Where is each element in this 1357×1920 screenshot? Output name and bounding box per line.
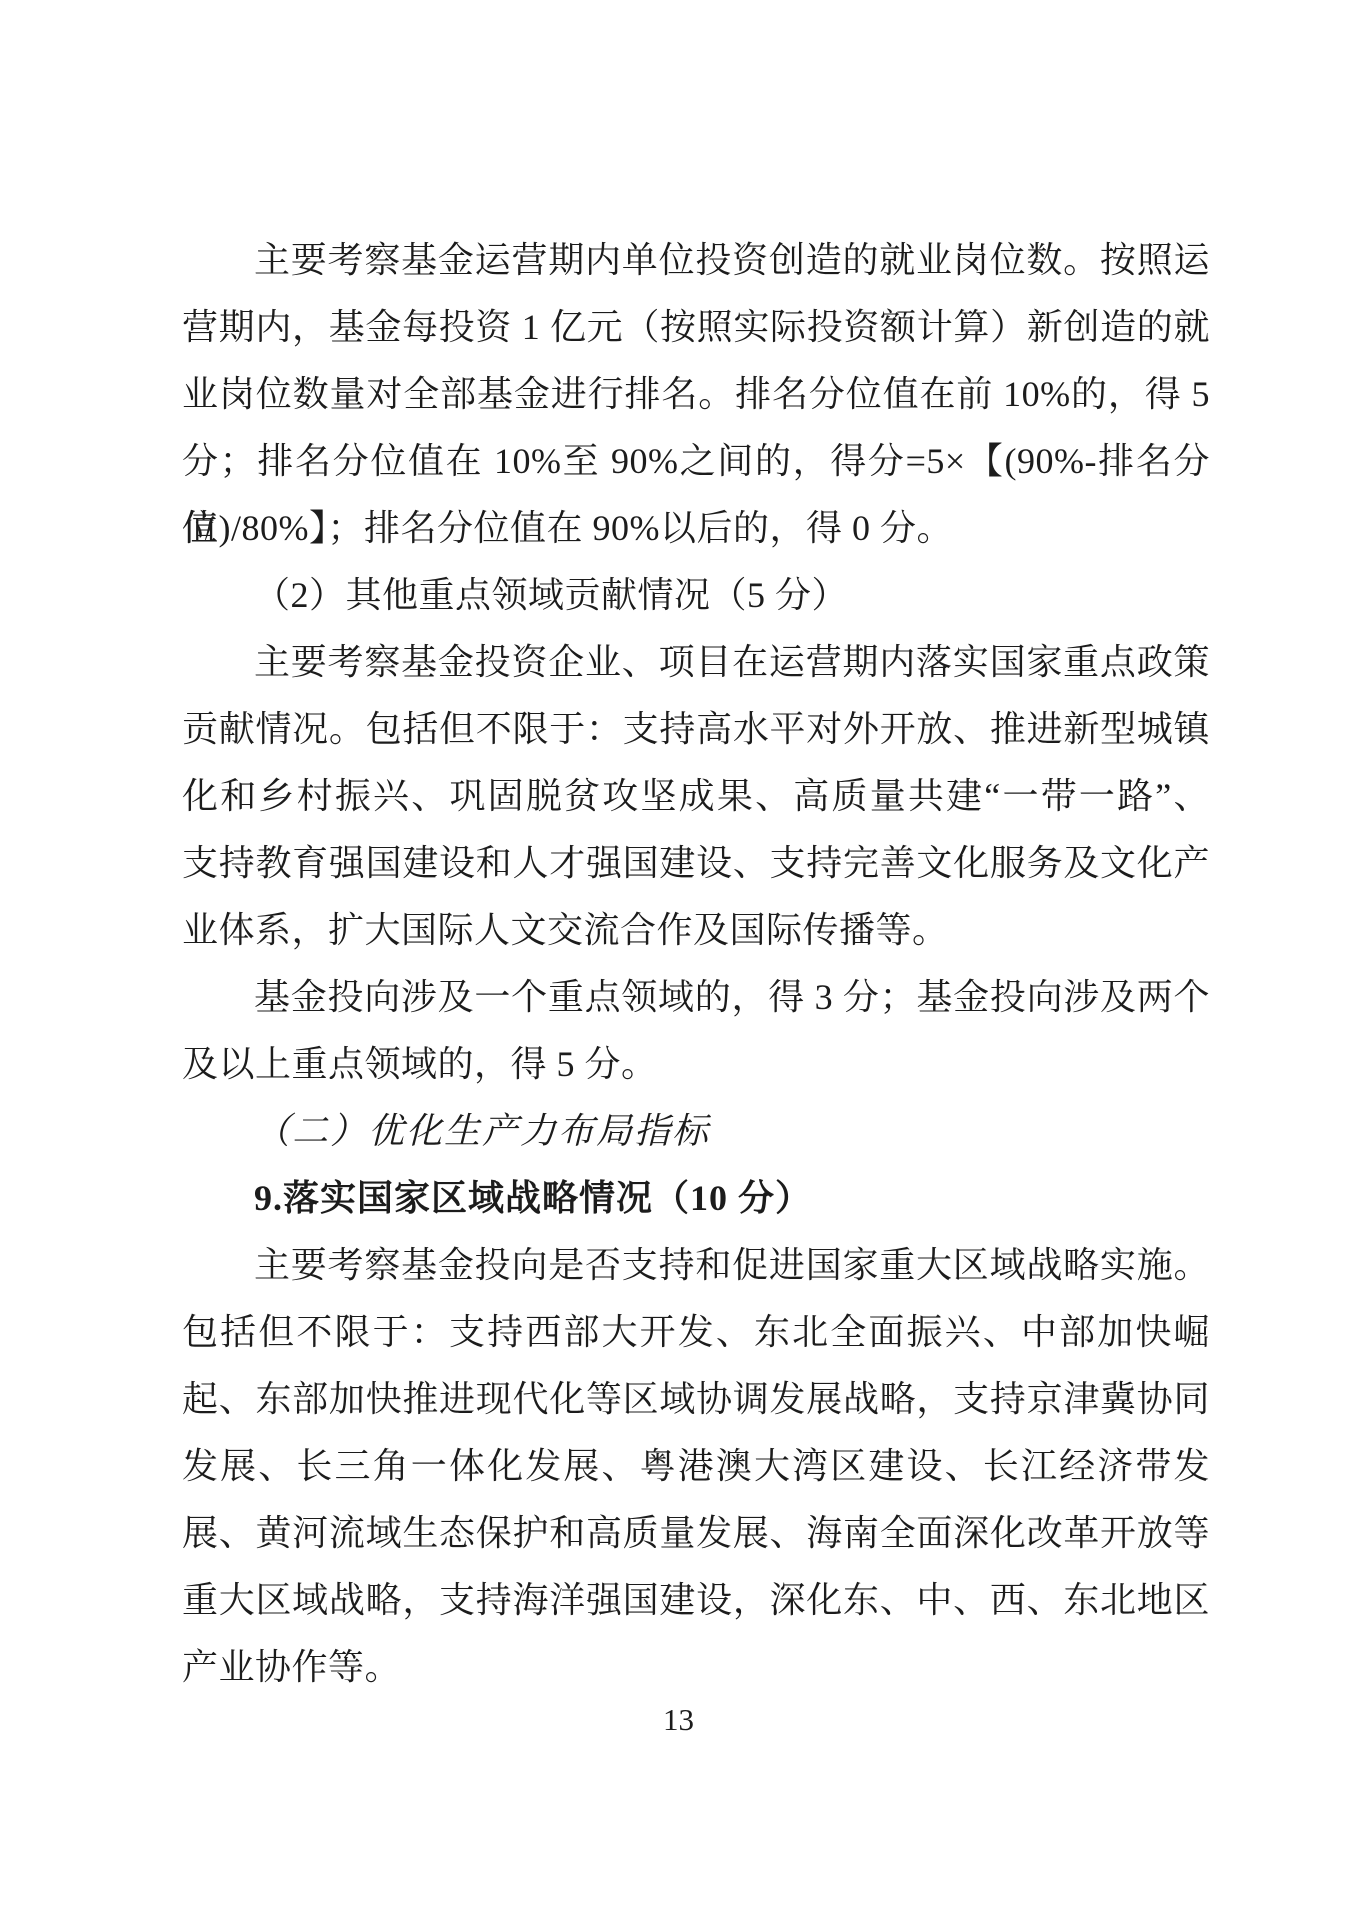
text-line: 9.落实国家区域战略情况（10 分）	[182, 1165, 1210, 1232]
text-line: 分；排名分位值在 10%至 90%之间的，得分=5×【(90%-排名分位	[182, 428, 1210, 495]
document-page: 主要考察基金运营期内单位投资创造的就业岗位数。按照运营期内，基金每投资 1 亿元…	[0, 0, 1357, 1920]
text-line: 营期内，基金每投资 1 亿元（按照实际投资额计算）新创造的就	[182, 294, 1210, 361]
text-line: 支持教育强国建设和人才强国建设、支持完善文化服务及文化产	[182, 830, 1210, 897]
document-body: 主要考察基金运营期内单位投资创造的就业岗位数。按照运营期内，基金每投资 1 亿元…	[182, 227, 1210, 1701]
text-line: 发展、长三角一体化发展、粤港澳大湾区建设、长江经济带发	[182, 1433, 1210, 1500]
text-line: 基金投向涉及一个重点领域的，得 3 分；基金投向涉及两个	[182, 964, 1210, 1031]
page-footer: 13	[0, 1700, 1357, 1740]
text-line: 值)/80%】；排名分位值在 90%以后的，得 0 分。	[182, 495, 1210, 562]
text-line: （2）其他重点领域贡献情况（5 分）	[182, 562, 1210, 629]
para-other-key-areas-scoring: 基金投向涉及一个重点领域的，得 3 分；基金投向涉及两个及以上重点领域的，得 5…	[182, 964, 1210, 1098]
text-line: 起、东部加快推进现代化等区域协调发展战略，支持京津冀协同	[182, 1366, 1210, 1433]
text-line: 主要考察基金投向是否支持和促进国家重大区域战略实施。	[182, 1232, 1210, 1299]
para-regional-strategy-description: 主要考察基金投向是否支持和促进国家重大区域战略实施。包括但不限于：支持西部大开发…	[182, 1232, 1210, 1701]
heading-other-key-areas: （2）其他重点领域贡献情况（5 分）	[182, 562, 1210, 629]
text-line: 展、黄河流域生态保护和高质量发展、海南全面深化改革开放等	[182, 1500, 1210, 1567]
text-line: 及以上重点领域的，得 5 分。	[182, 1031, 1210, 1098]
text-line: 主要考察基金运营期内单位投资创造的就业岗位数。按照运	[182, 227, 1210, 294]
text-line: 业体系，扩大国际人文交流合作及国际传播等。	[182, 897, 1210, 964]
text-line: 包括但不限于：支持西部大开发、东北全面振兴、中部加快崛	[182, 1299, 1210, 1366]
text-line: （二）优化生产力布局指标	[182, 1098, 1210, 1165]
text-line: 主要考察基金投资企业、项目在运营期内落实国家重点政策	[182, 629, 1210, 696]
heading-section-2-productivity-layout: （二）优化生产力布局指标	[182, 1098, 1210, 1165]
heading-item-9-regional-strategy: 9.落实国家区域战略情况（10 分）	[182, 1165, 1210, 1232]
para-employment-ranking-scoring: 主要考察基金运营期内单位投资创造的就业岗位数。按照运营期内，基金每投资 1 亿元…	[182, 227, 1210, 562]
text-line: 产业协作等。	[182, 1634, 1210, 1701]
para-other-key-areas-description: 主要考察基金投资企业、项目在运营期内落实国家重点政策贡献情况。包括但不限于：支持…	[182, 629, 1210, 964]
page-number: 13	[663, 1700, 694, 1740]
text-line: 业岗位数量对全部基金进行排名。排名分位值在前 10%的，得 5	[182, 361, 1210, 428]
text-line: 化和乡村振兴、巩固脱贫攻坚成果、高质量共建“一带一路”、	[182, 763, 1210, 830]
text-line: 重大区域战略，支持海洋强国建设，深化东、中、西、东北地区	[182, 1567, 1210, 1634]
text-line: 贡献情况。包括但不限于：支持高水平对外开放、推进新型城镇	[182, 696, 1210, 763]
